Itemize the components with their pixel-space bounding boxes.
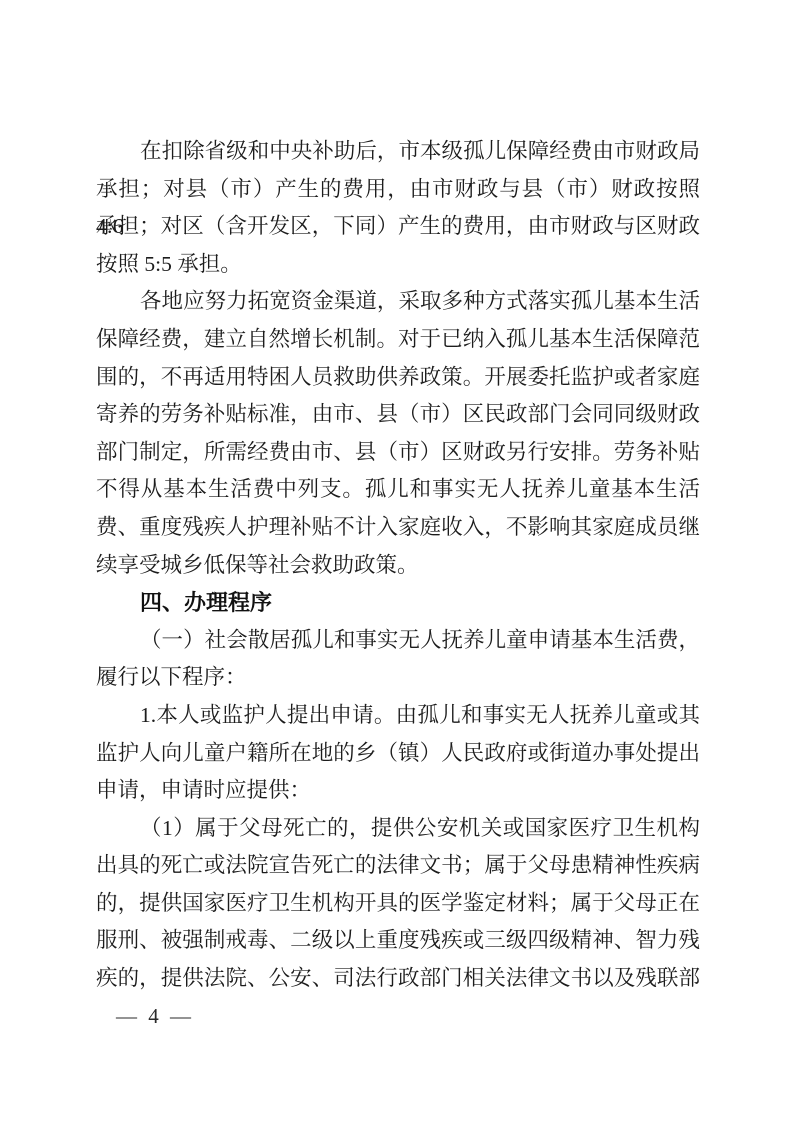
text-line: 监护人向儿童户籍所在地的乡（镇）人民政府或街道办事处提出 <box>96 735 700 773</box>
text-line: 各地应努力拓宽资金渠道，采取多种方式落实孤儿基本生活 <box>96 283 700 321</box>
text-line: 申请，申请时应提供： <box>96 772 700 810</box>
text-line: 承担；对县（市）产生的费用，由市财政与县（市）财政按照 4:6 <box>96 171 700 209</box>
text-line: 承担；对区（含开发区，下同）产生的费用，由市财政与区财政 <box>96 208 700 246</box>
text-line: 服刑、被强制戒毒、二级以上重度残疾或三级四级精神、智力残 <box>96 922 700 960</box>
text-line: 1.本人或监护人提出申请。由孤儿和事实无人抚养儿童或其 <box>96 697 700 735</box>
section-heading: 四、办理程序 <box>96 584 700 622</box>
text-line: 履行以下程序： <box>96 659 700 697</box>
text-line: 疾的，提供法院、公安、司法行政部门相关法律文书以及残联部 <box>96 960 700 998</box>
text-line: 续享受城乡低保等社会救助政策。 <box>96 547 700 585</box>
text-line: 按照 5:5 承担。 <box>96 246 700 284</box>
text-line: 部门制定，所需经费由市、县（市）区财政另行安排。劳务补贴 <box>96 434 700 472</box>
text-line: 保障经费，建立自然增长机制。对于已纳入孤儿基本生活保障范 <box>96 321 700 359</box>
text-line: 寄养的劳务补贴标准，由市、县（市）区民政部门会同同级财政 <box>96 396 700 434</box>
text-line: 费、重度残疾人护理补贴不计入家庭收入，不影响其家庭成员继 <box>96 509 700 547</box>
text-line: 在扣除省级和中央补助后，市本级孤儿保障经费由市财政局 <box>96 133 700 171</box>
text-line: 不得从基本生活费中列支。孤儿和事实无人抚养儿童基本生活 <box>96 471 700 509</box>
document-body: 在扣除省级和中央补助后，市本级孤儿保障经费由市财政局承担；对县（市）产生的费用，… <box>96 133 700 998</box>
text-line: 出具的死亡或法院宣告死亡的法律文书；属于父母患精神性疾病 <box>96 847 700 885</box>
text-line: 围的，不再适用特困人员救助供养政策。开展委托监护或者家庭 <box>96 359 700 397</box>
text-line: 的，提供国家医疗卫生机构开具的医学鉴定材料；属于父母正在 <box>96 885 700 923</box>
text-line: （1）属于父母死亡的，提供公安机关或国家医疗卫生机构 <box>96 810 700 848</box>
text-line: （一）社会散居孤儿和事实无人抚养儿童申请基本生活费， <box>96 622 700 660</box>
page-number: — 4 — <box>116 1001 194 1031</box>
document-page: 在扣除省级和中央补助后，市本级孤儿保障经费由市财政局承担；对县（市）产生的费用，… <box>0 0 793 1122</box>
